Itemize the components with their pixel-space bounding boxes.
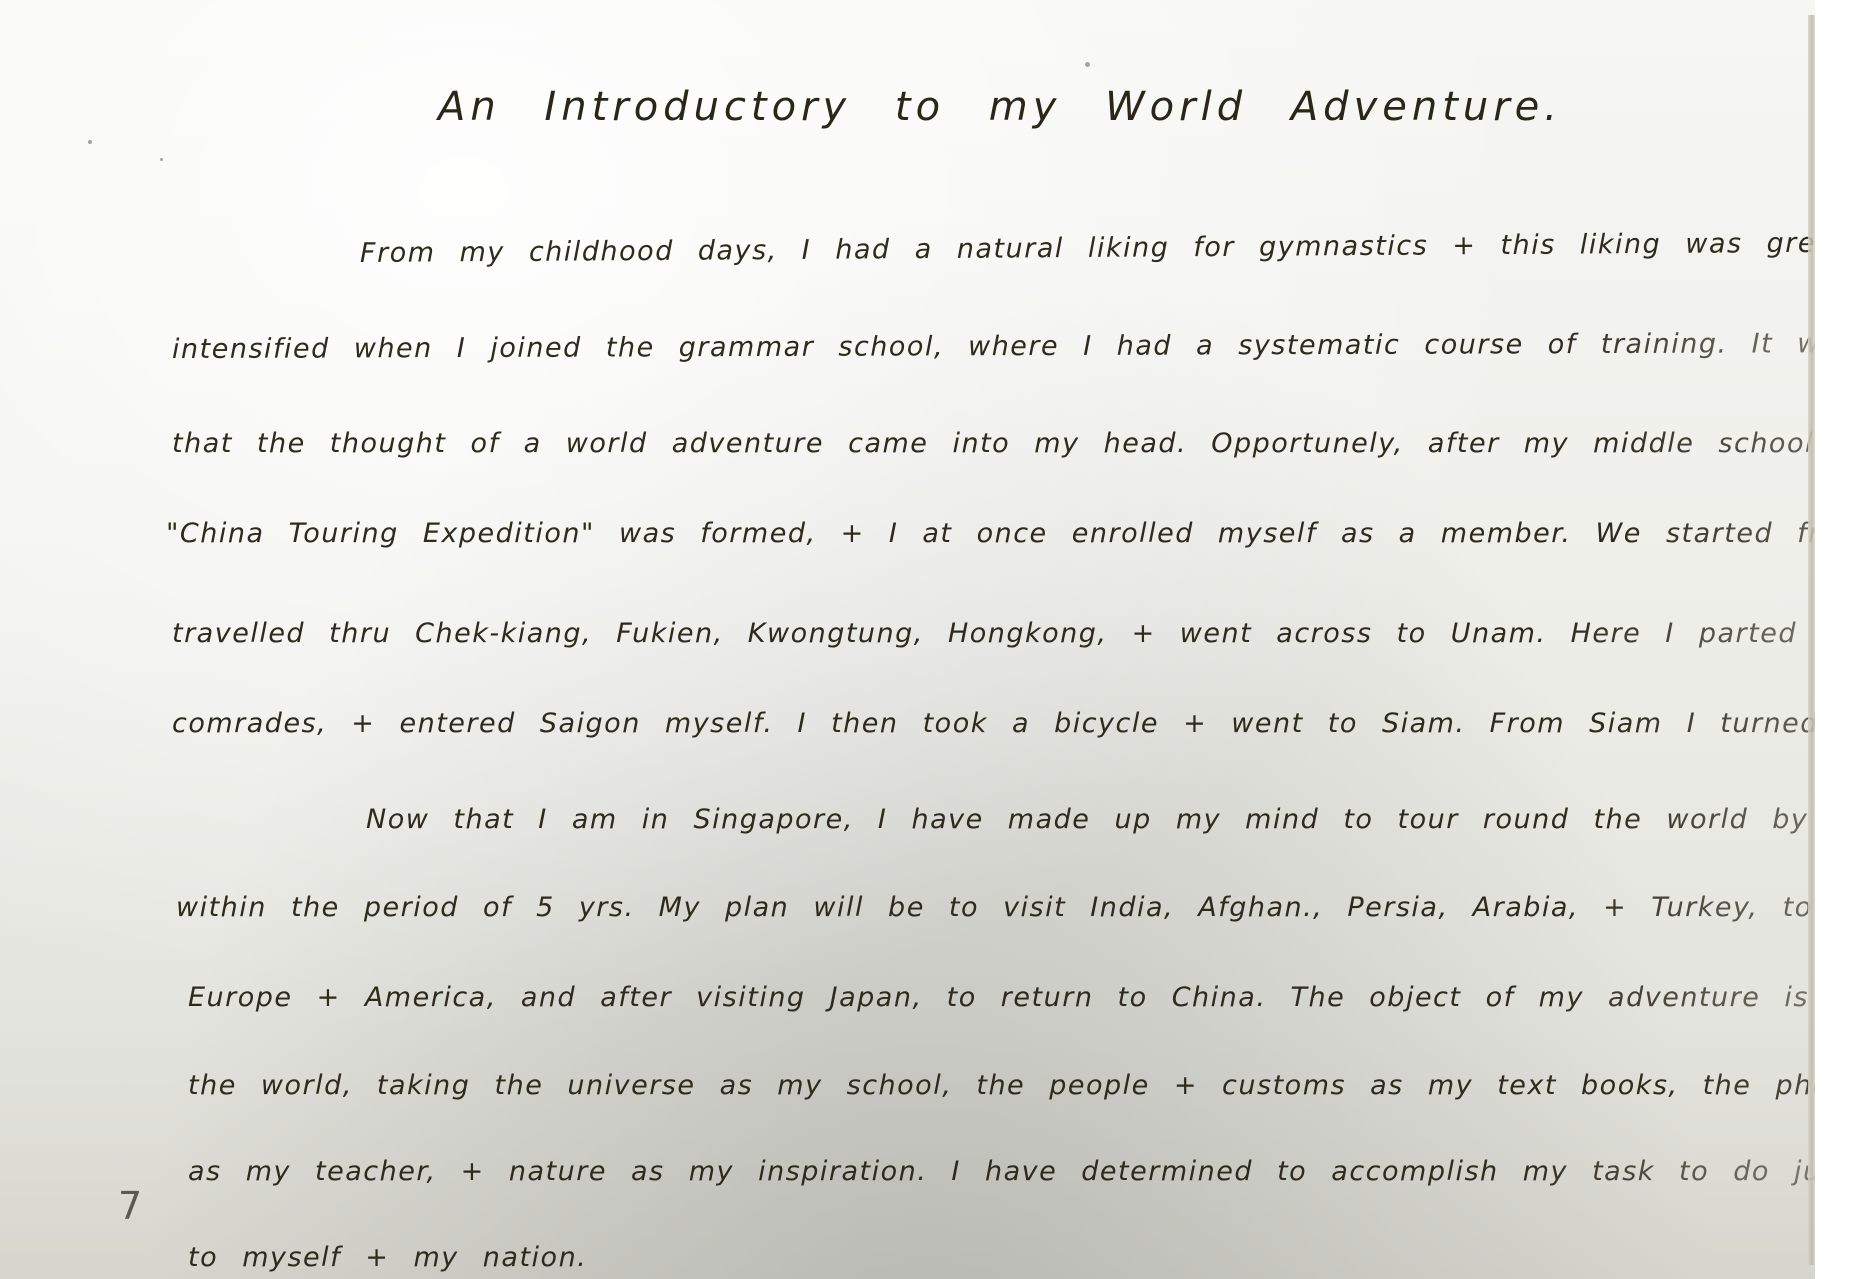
ink-speck bbox=[88, 140, 92, 144]
text-line: travelled thru Chek-kiang, Fukien, Kwong… bbox=[172, 618, 1857, 649]
ink-speck bbox=[160, 158, 163, 161]
margin-mark: 7 bbox=[118, 1184, 142, 1228]
ink-speck bbox=[1085, 62, 1090, 67]
text-line: From my childhood days, I had a natural … bbox=[360, 227, 1857, 269]
paper-sheet: An Introductory to my World Adventure. F… bbox=[0, 0, 1820, 1279]
text-line: "China Touring Expedition" was formed, +… bbox=[166, 518, 1857, 549]
text-line: to myself + my nation. bbox=[188, 1242, 587, 1273]
text-line: intensified when I joined the grammar sc… bbox=[172, 328, 1857, 365]
text-line: within the period of 5 yrs. My plan will… bbox=[176, 892, 1857, 923]
scanned-page: An Introductory to my World Adventure. F… bbox=[0, 0, 1857, 1279]
text-line: the world, taking the universe as my sch… bbox=[188, 1070, 1857, 1101]
document-title: An Introductory to my World Adventure. bbox=[438, 84, 1562, 130]
text-line: Now that I am in Singapore, I have made … bbox=[366, 804, 1857, 835]
text-line: Europe + America, and after visiting Jap… bbox=[188, 982, 1857, 1013]
text-line: as my teacher, + nature as my inspiratio… bbox=[188, 1156, 1857, 1187]
text-line: comrades, + entered Saigon myself. I the… bbox=[172, 708, 1857, 739]
text-line: that the thought of a world adventure ca… bbox=[172, 428, 1857, 459]
scan-border bbox=[1815, 0, 1857, 1279]
